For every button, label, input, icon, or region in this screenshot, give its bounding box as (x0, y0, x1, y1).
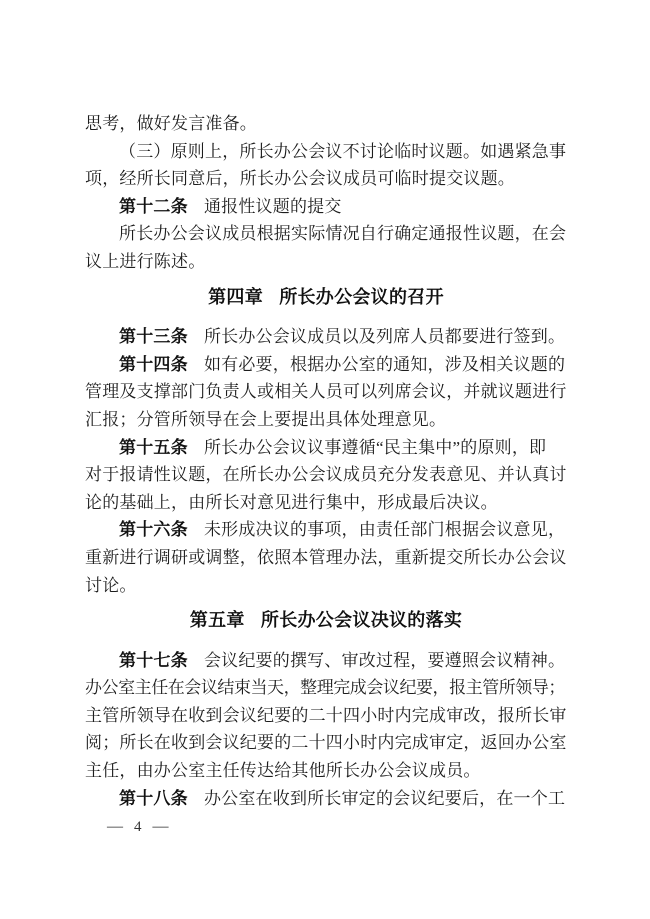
article-number: 第十四条 (119, 355, 188, 374)
text-line: 阅；所长在收到会议纪要的二十四小时内完成审定，返回办公室 (85, 729, 567, 757)
chapter-title: 所长办公会议决议的落实 (261, 610, 462, 630)
article-number: 第十七条 (119, 651, 188, 670)
article-text: 如有必要，根据办公室的通知，涉及相关议题的 (204, 355, 565, 374)
text-line: 管理及支撑部门负责人或相关人员可以列席会议，并就议题进行 (85, 378, 567, 406)
text-line: 所长办公会议成员根据实际情况自行确定通报性议题，在会 (85, 220, 567, 248)
footer-dash-left: — (107, 818, 123, 836)
article-line: 第十七条会议纪要的撰写、审改过程，要遵照会议精神。 (85, 647, 567, 675)
article-line: 第十二条通报性议题的提交 (85, 193, 567, 221)
text-line: 重新进行调研或调整，依照本管理办法，重新提交所长办公会议 (85, 544, 567, 572)
article-line: 第十三条所长办公会议成员以及列席人员都要进行签到。 (85, 323, 567, 351)
article-number: 第十五条 (119, 438, 188, 457)
text-line: 主任，由办公室主任传达给其他所长办公会议成员。 (85, 757, 567, 785)
text-line: 项，经所长同意后，所长办公会议成员可临时提交议题。 (85, 165, 567, 193)
text-line: 办公室主任在会议结束当天，整理完成会议纪要，报主管所领导； (85, 674, 567, 702)
text-line: 议上进行陈述。 (85, 248, 567, 276)
article-number: 第十八条 (119, 789, 188, 808)
article-text: 办公室在收到所长审定的会议纪要后，在一个工 (204, 789, 565, 808)
page-number: 4 (134, 819, 142, 836)
article-text: 所长办公会议成员以及列席人员都要进行签到。 (204, 327, 565, 346)
text-line: 论的基础上，由所长对意见进行集中，形成最后决议。 (85, 489, 567, 517)
article-line: 第十四条如有必要，根据办公室的通知，涉及相关议题的 (85, 351, 567, 379)
article-text: 未形成决议的事项，由责任部门根据会议意见， (204, 520, 565, 539)
chapter-number: 第五章 (190, 610, 245, 630)
chapter-heading-4: 第四章所长办公会议的召开 (85, 284, 567, 312)
article-number: 第十三条 (119, 327, 188, 346)
text-line: 主管所领导在收到会议纪要的二十四小时内完成审改，报所长审 (85, 702, 567, 730)
page-footer: — 4 — (107, 818, 169, 836)
text-line: （三）原则上，所长办公会议不讨论临时议题。如遇紧急事 (85, 138, 567, 166)
page-body: 思考，做好发言准备。 （三）原则上，所长办公会议不讨论临时议题。如遇紧急事 项，… (85, 110, 567, 812)
article-line: 第十八条办公室在收到所长审定的会议纪要后，在一个工 (85, 785, 567, 813)
text-line: 讨论。 (85, 572, 567, 600)
article-number: 第十六条 (119, 520, 188, 539)
text-line: 对于报请性议题，在所长办公会议成员充分发表意见、并认真讨 (85, 461, 567, 489)
article-text: 通报性议题的提交 (204, 197, 342, 216)
article-text: 会议纪要的撰写、审改过程，要遵照会议精神。 (204, 651, 565, 670)
text-line: 思考，做好发言准备。 (85, 110, 567, 138)
article-line: 第十六条未形成决议的事项，由责任部门根据会议意见， (85, 516, 567, 544)
chapter-heading-5: 第五章所长办公会议决议的落实 (85, 607, 567, 635)
article-line: 第十五条所长办公会议议事遵循“民主集中”的原则，即 (85, 434, 567, 462)
footer-dash-right: — (153, 818, 169, 836)
text-line: 汇报；分管所领导在会上要提出具体处理意见。 (85, 406, 567, 434)
chapter-title: 所长办公会议的召开 (279, 287, 444, 307)
article-number: 第十二条 (119, 197, 188, 216)
document-page: 思考，做好发言准备。 （三）原则上，所长办公会议不讨论临时议题。如遇紧急事 项，… (0, 0, 650, 919)
chapter-number: 第四章 (208, 287, 263, 307)
article-text: 所长办公会议议事遵循“民主集中”的原则，即 (204, 438, 546, 457)
